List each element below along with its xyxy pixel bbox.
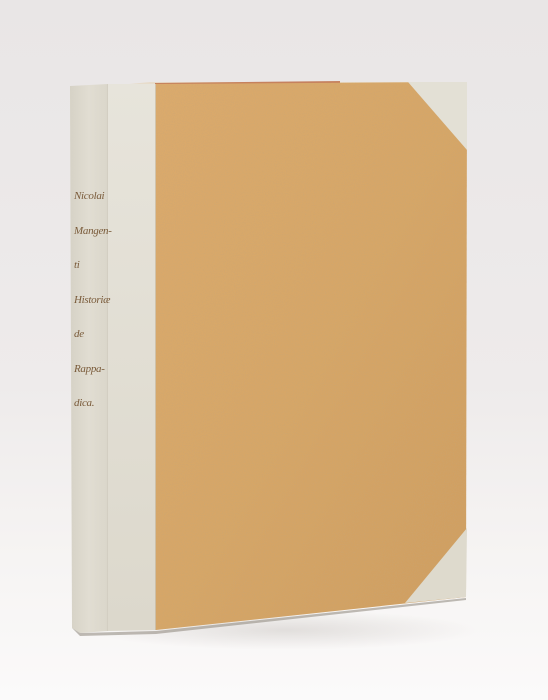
product-photo: Nicolai Mangen- ti Historiæ de Rappa- di… xyxy=(0,0,548,700)
vellum-spine-cover xyxy=(108,84,156,631)
spine-handwritten-title: Nicolai Mangen- ti Historiæ de Rappa- di… xyxy=(74,168,114,433)
spine-title-line: Historiæ xyxy=(74,295,114,307)
spine-title-line: ti xyxy=(74,260,114,272)
spine-title-line: de xyxy=(74,329,114,341)
spine-title-line: Nicolai xyxy=(74,191,114,203)
spine-title-line: Mangen- xyxy=(74,226,114,238)
spine-title-line: Rappa- xyxy=(74,364,114,376)
spine-title-line: dica. xyxy=(74,398,114,410)
